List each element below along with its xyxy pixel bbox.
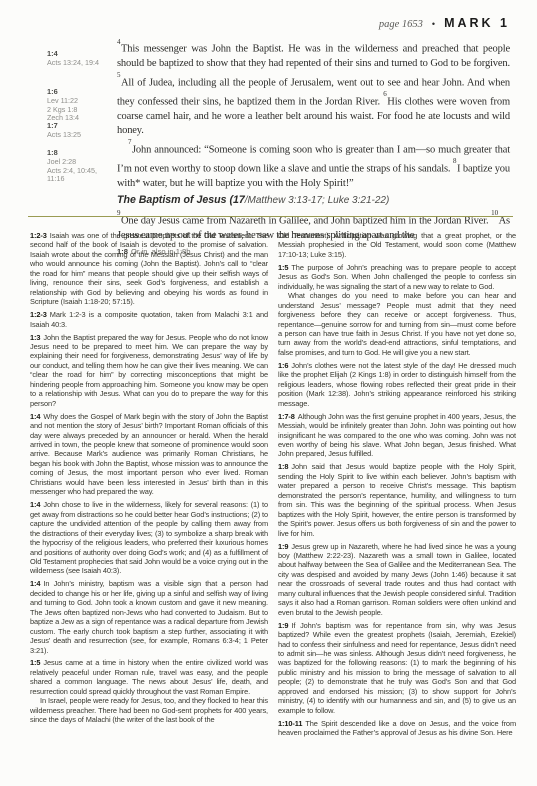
commentary-left-column: 1:2-3Isaiah was one of the greatest prop… xyxy=(30,231,268,741)
note-paragraph: 1:6John’s clothes were not the latest st… xyxy=(278,361,516,408)
commentary-note: 1:4Why does the Gospel of Mark begin wit… xyxy=(30,412,268,497)
note-paragraph: 1:2-3Isaiah was one of the greatest prop… xyxy=(30,231,268,307)
commentary-note: 1:10-11The Spirit descended like a dove … xyxy=(278,719,516,738)
commentary-note: Old Testament). Anticipation was growing… xyxy=(278,231,516,259)
note-text: Although John was the first genuine prop… xyxy=(278,412,516,459)
verse-number: 7 xyxy=(128,138,132,146)
note-text: John the Baptist prepared the way for Je… xyxy=(30,333,268,408)
note-text: If John’s baptism was for repentance fro… xyxy=(278,621,516,715)
verse-ref-label: 1:7 xyxy=(47,122,81,130)
note-paragraph: 1:4In John’s ministry, baptism was a vis… xyxy=(30,579,268,655)
commentary-note: 1:8John said that Jesus would baptize pe… xyxy=(278,462,516,538)
section-heading-parallels: /Matthew 3:13-17; Luke 3:21-22) xyxy=(245,195,390,206)
note-paragraph: 1:8John said that Jesus would baptize pe… xyxy=(278,462,516,538)
note-paragraph: 1:4Why does the Gospel of Mark begin wit… xyxy=(30,412,268,497)
verse-ref-label: 1:4 xyxy=(47,50,99,58)
book-chapter-title: MARK 1 xyxy=(444,16,510,30)
note-paragraph: 1:4John chose to live in the wilderness,… xyxy=(30,500,268,576)
header-bullet: • xyxy=(432,19,435,29)
note-ref-label: 1:10-11 xyxy=(278,719,302,728)
section-divider xyxy=(28,216,513,217)
note-text: John’s clothes were not the latest style… xyxy=(278,361,516,408)
note-paragraph: 1:9Jesus grew up in Nazareth, where he h… xyxy=(278,542,516,618)
verse-ref-label: 1:6 xyxy=(47,88,79,96)
commentary-note: 1:6John’s clothes were not the latest st… xyxy=(278,361,516,408)
note-text: Jesus grew up in Nazareth, where he had … xyxy=(278,542,516,617)
note-paragraph: 1:5The purpose of John’s preaching was t… xyxy=(278,263,516,291)
note-ref-label: 1:6 xyxy=(278,361,288,370)
note-text: Old Testament). Anticipation was growing… xyxy=(278,231,516,259)
note-ref-label: 1:9 xyxy=(278,621,288,630)
commentary-note: 1:4John chose to live in the wilderness,… xyxy=(30,500,268,576)
verse-text: This messenger was John the Baptist. He … xyxy=(117,44,510,70)
section-heading: The Baptism of Jesus (17/Matthew 3:13-17… xyxy=(117,194,510,209)
note-ref-label: 1:4 xyxy=(30,412,40,421)
note-paragraph: 1:10-11The Spirit descended like a dove … xyxy=(278,719,516,738)
note-text: Why does the Gospel of Mark begin with t… xyxy=(30,412,268,497)
note-paragraph: What changes do you need to make before … xyxy=(278,291,516,357)
note-ref-label: 1:5 xyxy=(30,658,40,667)
cross-reference-group: 1:4 Acts 13:24, 19:4 xyxy=(47,50,99,68)
note-ref-label: 1:5 xyxy=(278,263,288,272)
page-number-label: page 1653 xyxy=(379,19,423,30)
note-text: John chose to live in the wilderness, li… xyxy=(30,500,268,575)
verse-number: 6 xyxy=(383,90,387,98)
commentary-right-column: Old Testament). Anticipation was growing… xyxy=(278,231,516,741)
page-header: page 1653 • MARK 1 xyxy=(379,16,510,30)
note-paragraph: 1:3John the Baptist prepared the way for… xyxy=(30,333,268,409)
cross-reference-group: 1:7 Acts 13:25 xyxy=(47,122,81,140)
scripture-paragraph: 7John announced: “Someone is coming soon… xyxy=(117,139,510,192)
note-text: The Spirit descended like a dove on Jesu… xyxy=(278,719,516,737)
commentary-note: 1:4In John’s ministry, baptism was a vis… xyxy=(30,579,268,655)
note-ref-label: 1:8 xyxy=(278,462,288,471)
note-text: Isaiah was one of the greatest prophets … xyxy=(30,231,268,306)
note-paragraph: 1:7-8Although John was the first genuine… xyxy=(278,412,516,459)
section-heading-title: The Baptism of Jesus (17 xyxy=(117,194,245,206)
commentary-note: 1:2-3Isaiah was one of the greatest prop… xyxy=(30,231,268,307)
scripture-paragraph: 4This messenger was John the Baptist. He… xyxy=(117,38,510,139)
note-ref-label: 1:4 xyxy=(30,579,40,588)
note-text: In John’s ministry, baptism was a visibl… xyxy=(30,579,268,654)
note-paragraph: Old Testament). Anticipation was growing… xyxy=(278,231,516,259)
note-ref-label: 1:9 xyxy=(278,542,288,551)
commentary-note: 1:3John the Baptist prepared the way for… xyxy=(30,333,268,409)
note-ref-label: 1:7-8 xyxy=(278,412,295,421)
scripture-section: 1:4 Acts 13:24, 19:4 1:6 Lev 11:22 2 Kgs… xyxy=(47,38,510,256)
note-text: Jesus came at a time in history when the… xyxy=(30,658,268,695)
note-ref-label: 1:3 xyxy=(30,333,40,342)
cross-ref-line: 11:16 xyxy=(47,175,97,183)
note-paragraph: 1:2-3Mark 1:2-3 is a composite quotation… xyxy=(30,310,268,329)
cross-ref-line: Acts 13:24, 19:4 xyxy=(47,59,99,67)
cross-reference-group: 1:6 Lev 11:22 2 Kgs 1:8 Zech 13:4 xyxy=(47,88,79,123)
note-paragraph: In Israel, people were ready for Jesus, … xyxy=(30,696,268,724)
bible-study-page: page 1653 • MARK 1 1:4 Acts 13:24, 19:4 … xyxy=(0,0,537,786)
commentary-note: 1:9Jesus grew up in Nazareth, where he h… xyxy=(278,542,516,618)
note-ref-label: 1:2-3 xyxy=(30,231,47,240)
commentary-note: 1:2-3Mark 1:2-3 is a composite quotation… xyxy=(30,310,268,329)
scripture-text: 4This messenger was John the Baptist. He… xyxy=(117,38,510,256)
commentary-note: 1:7-8Although John was the first genuine… xyxy=(278,412,516,459)
note-text: John said that Jesus would baptize peopl… xyxy=(278,462,516,537)
note-ref-label: 1:2-3 xyxy=(30,310,47,319)
verse-number: 5 xyxy=(117,71,121,79)
commentary-section: 1:2-3Isaiah was one of the greatest prop… xyxy=(30,231,516,741)
note-text: The purpose of John’s preaching was to p… xyxy=(278,263,516,291)
cross-ref-line: Acts 13:25 xyxy=(47,131,81,139)
commentary-note: 1:5Jesus came at a time in history when … xyxy=(30,658,268,724)
note-paragraph: 1:9If John’s baptism was for repentance … xyxy=(278,621,516,716)
verse-number: 4 xyxy=(117,38,121,46)
verse-ref-label: 1:8 xyxy=(47,149,97,157)
note-paragraph: 1:5Jesus came at a time in history when … xyxy=(30,658,268,696)
note-text: Mark 1:2-3 is a composite quotation, tak… xyxy=(30,310,268,328)
cross-reference-column: 1:4 Acts 13:24, 19:4 1:6 Lev 11:22 2 Kgs… xyxy=(47,38,117,256)
note-ref-label: 1:4 xyxy=(30,500,40,509)
commentary-note: 1:9If John’s baptism was for repentance … xyxy=(278,621,516,716)
cross-reference-group: 1:8 Joel 2:28 Acts 2:4, 10:45, 11:16 xyxy=(47,149,97,184)
verse-text: John announced: “Someone is coming soon … xyxy=(117,144,510,174)
verse-number: 8 xyxy=(453,157,457,165)
commentary-note: 1:5The purpose of John’s preaching was t… xyxy=(278,263,516,358)
